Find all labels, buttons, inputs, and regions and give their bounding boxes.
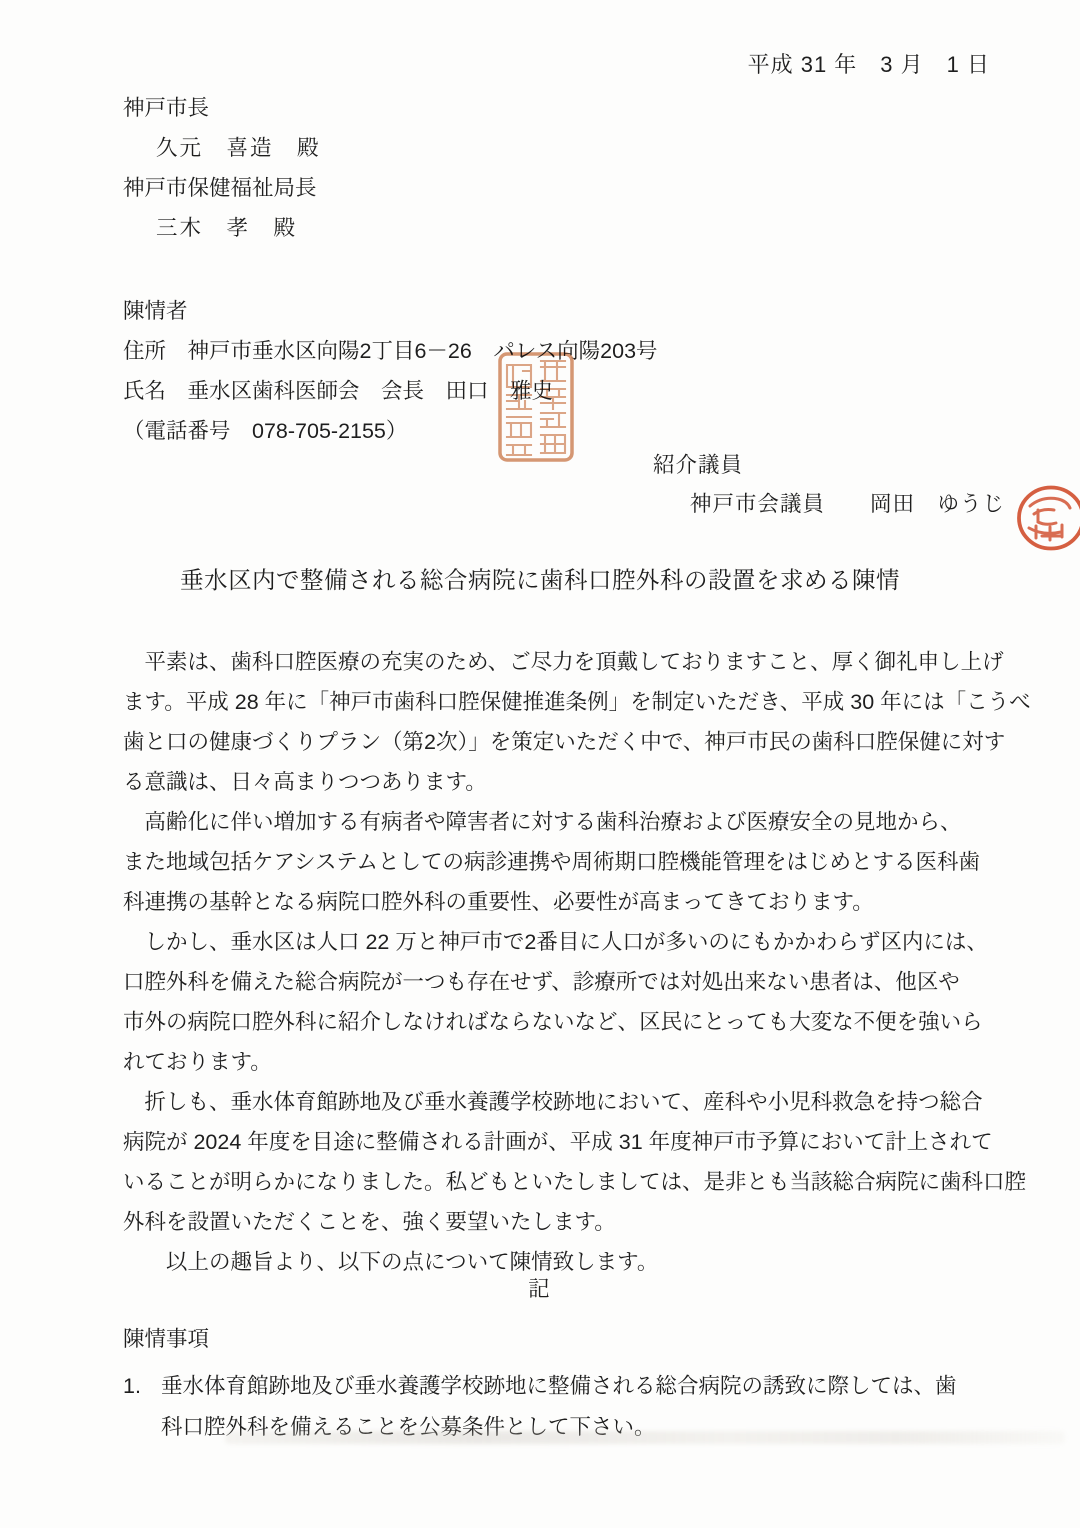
body-line: 折しも、垂水体育館跡地及び垂水養護学校跡地において、産科や小児科救急を持つ総合	[123, 1082, 993, 1122]
introducer-heading: 紹介議員	[653, 448, 743, 479]
body-line: る意識は、日々高まりつつあります。	[123, 762, 993, 802]
document-body: 平素は、歯科口腔医療の充実のため、ご尽力を頂戴しておりますこと、厚く御礼申し上げ…	[123, 642, 993, 1282]
body-line: しかし、垂水区は人口 22 万と神戸市で2番目に人口が多いのにもかかわらず区内に…	[123, 922, 993, 962]
body-line: また地域包括ケアシステムとしての病診連携や周術期口腔機能管理をはじめとする医科歯	[123, 842, 993, 882]
document-title: 垂水区内で整備される総合病院に歯科口腔外科の設置を求める陳情	[0, 561, 1080, 595]
body-line: 歯と口の健康づくりプラン（第2次）」を策定いただく中で、神戸市民の歯科口腔保健に…	[123, 722, 993, 762]
body-line: いることが明らかになりました。私どもといたしましては、是非とも当該総合病院に歯科…	[123, 1162, 993, 1202]
body-line: 平素は、歯科口腔医療の充実のため、ご尽力を頂戴しておりますこと、厚く御礼申し上げ	[123, 642, 993, 682]
body-line: ます。平成 28 年に「神戸市歯科口腔保健推進条例」を制定いただき、平成 30 …	[123, 682, 993, 722]
petitioner-address: 住所 神戸市垂水区向陽2丁目6－26 パレス向陽203号	[123, 331, 658, 371]
recipient-title: 神戸市長	[123, 88, 321, 128]
body-line: 市外の病院口腔外科に紹介しなければならないなど、区民にとっても大変な不便を強いら	[123, 1002, 993, 1042]
recipient-title: 神戸市保健福祉局長	[123, 168, 321, 208]
item-line: 垂水体育館跡地及び垂水養護学校跡地に整備される総合病院の誘致に際しては、歯	[161, 1366, 957, 1407]
body-line: 口腔外科を備えた総合病院が一つも存在せず、診療所では対処出来ない患者は、他区や	[123, 962, 993, 1002]
recipient-name: 久元 喜造 殿	[123, 128, 321, 168]
petitioner-name: 氏名 垂水区歯科医師会 会長 田口 雅史	[123, 371, 658, 411]
body-line: れております。	[123, 1042, 993, 1082]
petitioner-block: 陳情者 住所 神戸市垂水区向陽2丁目6－26 パレス向陽203号 氏名 垂水区歯…	[123, 291, 658, 451]
association-seal-stamp-icon	[497, 351, 575, 463]
petitioner-phone: （電話番号 078-705-2155）	[123, 411, 658, 451]
introducer-name: 神戸市会議員 岡田 ゆうじ	[690, 487, 1005, 518]
body-line: 高齢化に伴い増加する有病者や障害者に対する歯科治療および医療安全の見地から、	[123, 802, 993, 842]
scan-artifact	[225, 1431, 1065, 1444]
recipient-name: 三木 孝 殿	[123, 208, 321, 248]
body-line: 病院が 2024 年度を目途に整備される計画が、平成 31 年度神戸市予算におい…	[123, 1122, 993, 1162]
item-number: 1.	[123, 1366, 141, 1407]
body-line: 外科を設置いただくことを、強く要望いたします。	[123, 1202, 993, 1242]
personal-seal-stamp-icon	[1014, 484, 1080, 552]
petitioner-heading: 陳情者	[123, 291, 658, 331]
petition-document-page: 平成 31 年 3 月 1 日 神戸市長 久元 喜造 殿 神戸市保健福祉局長 三…	[0, 0, 1080, 1528]
document-date: 平成 31 年 3 月 1 日	[748, 48, 990, 79]
recipient-block: 神戸市長 久元 喜造 殿 神戸市保健福祉局長 三木 孝 殿	[123, 88, 321, 248]
body-line: 科連携の基幹となる病院口腔外科の重要性、必要性が高まってきております。	[123, 882, 993, 922]
ki-marker: 記	[0, 1272, 1080, 1303]
petition-items-heading: 陳情事項	[123, 1322, 209, 1353]
